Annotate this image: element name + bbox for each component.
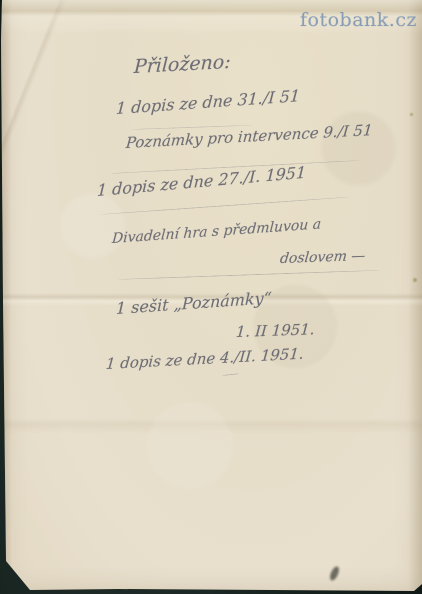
note-line-7: 1. II 1951. — [235, 320, 315, 341]
photo-background: Přiloženo: 1 dopis ze dne 31./I 51 Pozná… — [0, 0, 422, 594]
watermark: fotobank.cz — [300, 9, 417, 31]
paper-speck — [410, 113, 413, 116]
paper-sheet: Přiloženo: 1 dopis ze dne 31./I 51 Pozná… — [0, 0, 422, 594]
note-line-5: doslovem — — [279, 248, 366, 267]
paper-speck — [413, 278, 417, 282]
